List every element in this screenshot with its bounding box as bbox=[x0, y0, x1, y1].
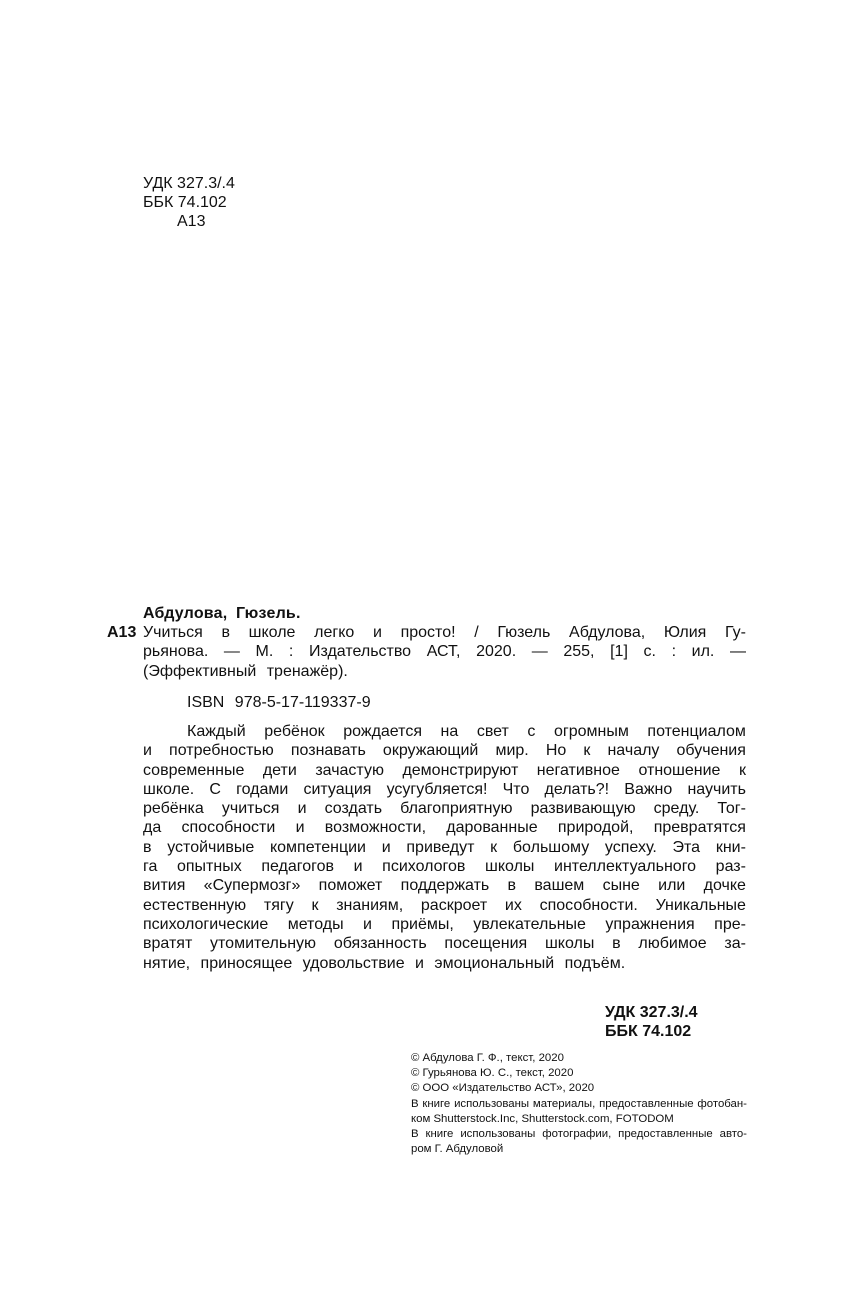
udk-code: УДК 327.3/.4 bbox=[605, 1003, 698, 1022]
abstract-line: психологическиеметодыиприёмы,увлекательн… bbox=[143, 915, 746, 934]
abstract-line: вития«Супермозг»поможетподдержатьввашемс… bbox=[143, 876, 746, 895]
abstract-line: даспособностиивозможности,дарованныеприр… bbox=[143, 818, 746, 837]
top-classification-codes: УДК 327.3/.4 ББК 74.102 А13 bbox=[143, 174, 235, 231]
entry-line: рьянова.—М.:ИздательствоАСТ,2020.—255,[1… bbox=[143, 642, 746, 661]
abstract-line: Каждыйребёнокрождаетсянасветсогромнымпот… bbox=[143, 722, 746, 741]
abstract-line: вратятутомительнуюобязанностьпосещенияшк… bbox=[143, 934, 746, 953]
bbk-code: ББК 74.102 bbox=[605, 1022, 698, 1041]
credits-line: Вкнигеиспользованыфотографии,предоставле… bbox=[411, 1127, 747, 1142]
abstract-line: школе.Сгодамиситуацияусугубляется!Чтодел… bbox=[143, 780, 746, 799]
copyright-line: © Абдулова Г. Ф., текст, 2020 bbox=[411, 1051, 747, 1066]
catalog-entry: Абдулова, Гюзель. А13 Учитьсявшколелегко… bbox=[143, 604, 746, 712]
isbn: ISBN 978-5-17-119337-9 bbox=[143, 693, 746, 712]
entry-mark: А13 bbox=[107, 623, 136, 642]
credits-line: Вкнигеиспользованыматериалы,предоставлен… bbox=[411, 1097, 747, 1112]
copyright-line: © Гурьянова Ю. С., текст, 2020 bbox=[411, 1066, 747, 1081]
abstract: Каждыйребёнокрождаетсянасветсогромнымпот… bbox=[143, 722, 746, 973]
entry-author: Абдулова, Гюзель. bbox=[143, 604, 746, 623]
abstract-line: вустойчивыекомпетенциииприведуткбольшому… bbox=[143, 838, 746, 857]
udk-code: УДК 327.3/.4 bbox=[143, 174, 235, 193]
abstract-line: естественнуютягукзнаниям,раскроетихспосо… bbox=[143, 896, 746, 915]
abstract-line: гаопытныхпедагоговипсихологовшколыинтелл… bbox=[143, 857, 746, 876]
author-mark: А13 bbox=[143, 212, 235, 231]
bottom-classification-codes: УДК 327.3/.4 ББК 74.102 bbox=[605, 1003, 698, 1041]
abstract-line: ипотребностьюпознаватьокружающиймир.Нокн… bbox=[143, 741, 746, 760]
credits-line: ком Shutterstock.Inc, Shutterstock.com, … bbox=[411, 1112, 747, 1127]
bbk-code: ББК 74.102 bbox=[143, 193, 235, 212]
entry-line: (Эффективный тренажёр). bbox=[143, 662, 746, 681]
credits-line: ром Г. Абдуловой bbox=[411, 1142, 747, 1157]
abstract-line: современныедетизачастуюдемонстрируютнега… bbox=[143, 761, 746, 780]
abstract-line: ребёнкаучитьсяисоздатьблагоприятнуюразви… bbox=[143, 799, 746, 818]
entry-line: Учитьсявшколелегкоипросто!/ГюзельАбдулов… bbox=[143, 623, 746, 642]
copyright-line: © ООО «Издательство АСТ», 2020 bbox=[411, 1081, 747, 1096]
abstract-line: нятие, приносящее удовольствие и эмоцион… bbox=[143, 954, 746, 973]
copyright-block: © Абдулова Г. Ф., текст, 2020 © Гурьянов… bbox=[411, 1051, 747, 1157]
